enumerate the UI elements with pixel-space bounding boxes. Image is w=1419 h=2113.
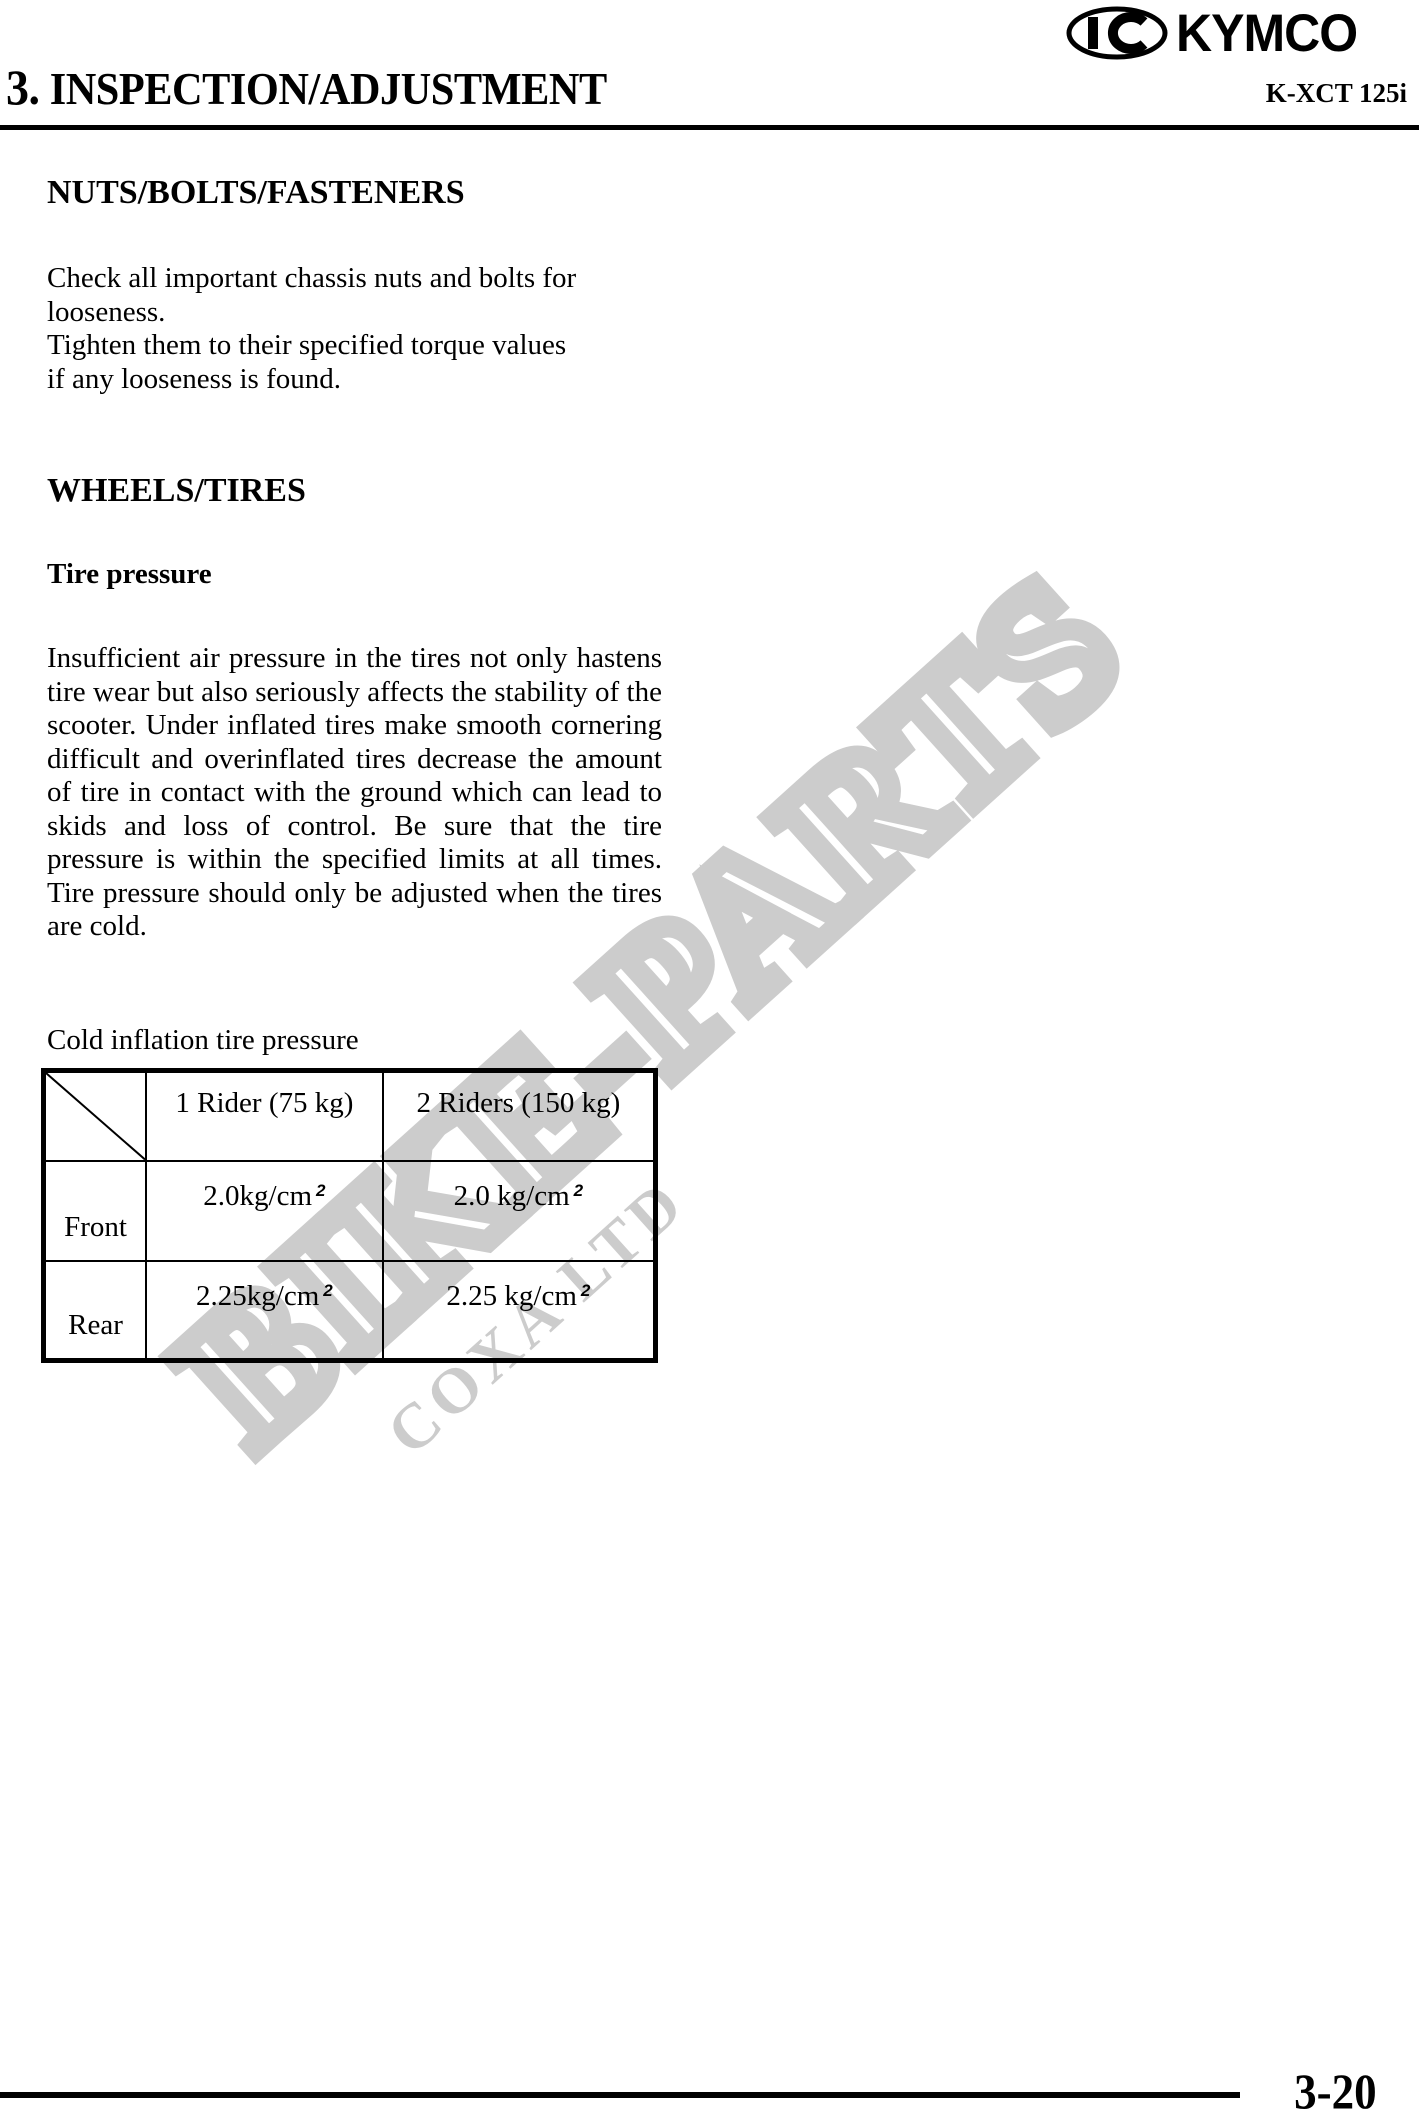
diagonal-line xyxy=(46,1073,145,1160)
wheels-section: WHEELS/TIRES xyxy=(47,474,662,508)
tire-pressure-table: 1 Rider (75 kg) 2 Riders (150 kg) Front … xyxy=(41,1068,658,1363)
tire-pressure-subheading: Tire pressure xyxy=(47,560,662,589)
chapter-title: 3. INSPECTION/ADJUSTMENT xyxy=(6,62,607,112)
table-row: Front 2.0kg/cm2 2.0 kg/cm2 xyxy=(44,1161,656,1261)
nuts-line: Tighten them to their specified torque v… xyxy=(47,329,662,363)
row-header: Rear xyxy=(44,1261,147,1361)
nuts-body: Check all important chassis nuts and bol… xyxy=(47,262,662,396)
nuts-line: if any looseness is found. xyxy=(47,363,662,397)
column-header: 2 Riders (150 kg) xyxy=(383,1071,656,1161)
nuts-section: NUTS/BOLTS/FASTENERS xyxy=(47,176,662,210)
kymco-logo: KYMCO xyxy=(1066,4,1357,62)
table-header-row: 1 Rider (75 kg) 2 Riders (150 kg) xyxy=(44,1071,656,1161)
table-cell: 2.25kg/cm2 xyxy=(146,1261,383,1361)
brand-name: KYMCO xyxy=(1176,7,1357,60)
page-number: 3-20 xyxy=(1295,2066,1377,2113)
header-rule xyxy=(0,125,1419,130)
nuts-heading: NUTS/BOLTS/FASTENERS xyxy=(47,176,662,210)
nuts-line: looseness. xyxy=(47,296,662,330)
column-header: 1 Rider (75 kg) xyxy=(146,1071,383,1161)
chapter-title-text: INSPECTION/ADJUSTMENT xyxy=(50,63,607,114)
table-row: Rear 2.25kg/cm2 2.25 kg/cm2 xyxy=(44,1261,656,1361)
table-cell: 2.25 kg/cm2 xyxy=(383,1261,656,1361)
table-cell: 2.0 kg/cm2 xyxy=(383,1161,656,1261)
row-header: Front xyxy=(44,1161,147,1261)
table-corner-cell xyxy=(44,1071,147,1161)
model-name: K-XCT 125i xyxy=(1266,80,1407,107)
kymco-emblem-icon xyxy=(1066,6,1168,60)
table-cell: 2.0kg/cm2 xyxy=(146,1161,383,1261)
tire-pressure-paragraph: Insufficient air pressure in the tires n… xyxy=(47,642,662,944)
footer-rule xyxy=(0,2092,1240,2098)
wheels-heading: WHEELS/TIRES xyxy=(47,474,662,508)
nuts-line: Check all important chassis nuts and bol… xyxy=(47,262,662,296)
table-caption: Cold inflation tire pressure xyxy=(47,1024,662,1058)
chapter-number: 3. xyxy=(6,59,40,115)
